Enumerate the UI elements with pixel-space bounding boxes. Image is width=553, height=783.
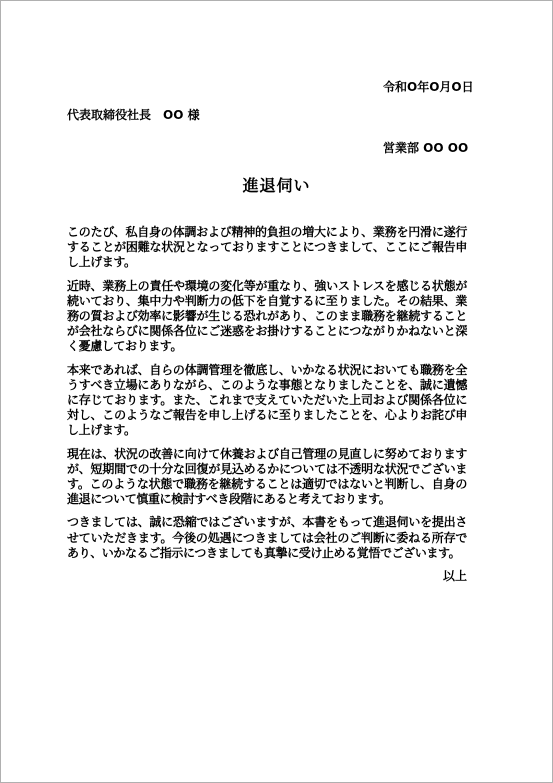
letter-body: このたび、私自身の体調および精神的負担の増大により、業務を円滑に遂行することが困… — [67, 225, 467, 584]
letter-paragraph-2: 近時、業務上の責任や環境の変化等が重なり、強いストレスを感じる状態が続いており、… — [67, 279, 467, 355]
sender-line: 営業部 OO OO — [383, 141, 468, 155]
addressee-line: 代表取締役社長 OO 様 — [67, 108, 200, 122]
document-title: 進退伺い — [1, 177, 552, 195]
date-line: 令和O年O月O日 — [383, 80, 474, 94]
letter-paragraph-3: 本来であれば、自らの体調管理を徹底し、いかなる状況においても職務を全うすべき立場… — [67, 363, 467, 439]
letter-paragraph-4: 現在は、状況の改善に向けて休養および自己管理の見直しに努めておりますが、短期間で… — [67, 447, 467, 508]
closing-line: 以上 — [67, 569, 467, 584]
letter-paragraph-5: つきましては、誠に恐縮ではございますが、本書をもって進退伺いを提出させていただき… — [67, 515, 467, 561]
document-page: 令和O年O月O日 代表取締役社長 OO 様 営業部 OO OO 進退伺い このた… — [0, 0, 553, 783]
letter-paragraph-1: このたび、私自身の体調および精神的負担の増大により、業務を円滑に遂行することが困… — [67, 225, 467, 271]
